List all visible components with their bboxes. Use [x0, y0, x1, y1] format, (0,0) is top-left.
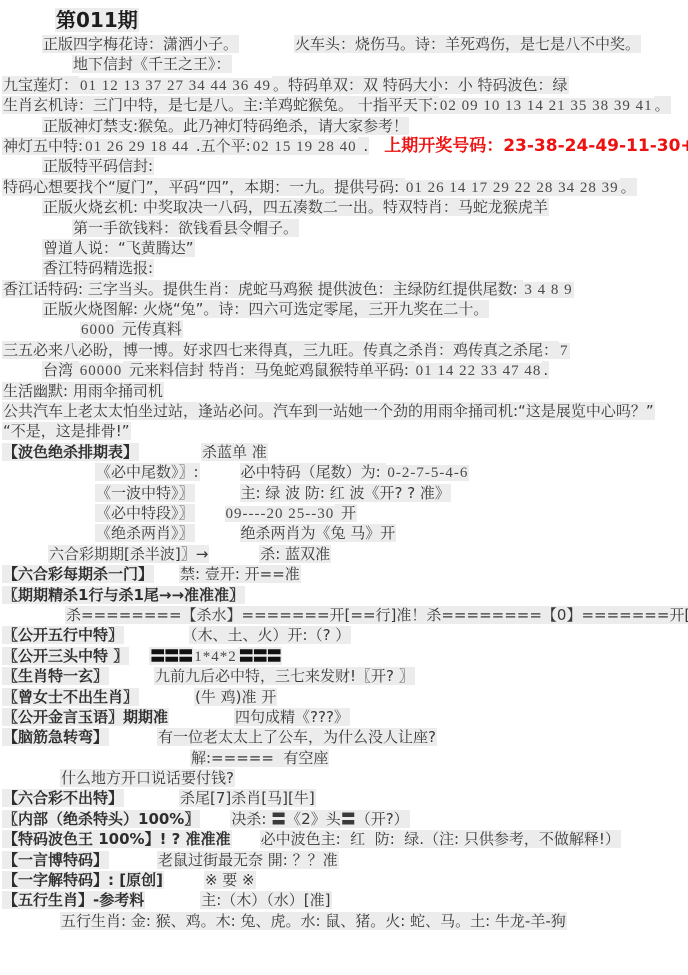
fax-6000: 6000 元传真料	[80, 319, 688, 339]
text-run: 主: 绿 波 防: 红 波《开? ? 准》	[240, 484, 451, 502]
one-word-special: 【一言博特码】老鼠过街最无奈 開: ？？准	[2, 850, 688, 870]
text-run: 01 14 22 33 47 48	[415, 363, 543, 379]
kill-row-tail-title: 〖期期精杀1行与杀1尾→→准准准〗	[2, 585, 688, 605]
text-run: .	[542, 361, 549, 379]
previous-draw-numbers: 上期开奖号码：23-38-24-49-11-30+27	[383, 136, 688, 156]
text-run: 0-2-7-5-4-6	[386, 465, 469, 481]
text-run: 公共汽车上老太太怕坐过站，逢站必问。汽车到一站她一个劲的用雨伞捅司机:“这是展览…	[2, 402, 655, 420]
text-run: 【六合彩不出特】	[2, 789, 124, 807]
text-run: 主:（木）（水）[准]	[200, 891, 331, 909]
text-run: 火车头：烧伤马。诗：羊死鸡伤，是七是八不中奖。	[294, 35, 641, 53]
life-humor-joke: 公共汽车上老太太怕坐过站，逢站必问。汽车到一站她一个劲的用雨伞捅司机:“这是展览…	[2, 401, 688, 421]
five-element-zodiac: 【五行生肖】-参考料主:（木）（水）[准]	[2, 890, 688, 910]
text-run: 《一波中特》〗	[95, 484, 195, 502]
text-run: 〖公开金言玉语〗期期准	[2, 708, 169, 726]
text-run: 〖生肖特一玄〗	[2, 667, 109, 685]
kill-water-line: 杀========【杀水】=======开[==行]准！杀========【0】…	[65, 605, 688, 625]
no-special: 【六合彩不出特】杀尾[7]杀肖[马][牛]	[2, 788, 688, 808]
text-run: 。	[620, 178, 637, 196]
text-run: 1*4*2	[193, 649, 238, 665]
text-run: 正版火烧图解: 火烧“兔”。诗：四六可选定零尾，三开九奖在二十。	[42, 300, 489, 318]
text-run: 第011期	[55, 8, 139, 32]
text-run: 6000	[80, 322, 116, 338]
text-run: 台湾	[42, 361, 79, 379]
text-run: 六合彩期期[杀半波]〗→	[48, 545, 209, 563]
magic-lamp-five: 神灯五中特:01 26 29 18 44 .五个平:02 15 19 28 40…	[2, 136, 688, 156]
three-heads-special: 〖公开三头中特 〗〓〓〓1*4*2〓〓〓	[2, 646, 688, 666]
text-run: 决杀: 〓《2》头〓（开?）	[230, 810, 409, 828]
text-run: 禁: 壹开: 开==准	[179, 565, 301, 583]
wave-color-kill-table: 【波色绝杀排期表】杀蓝单 准	[2, 442, 688, 462]
text-run: 杀========【杀水】=======开[==行]准！杀========【0】…	[65, 606, 688, 624]
text-run: 特码心想要找个“厦门”，平码“四”，本期：一九。提供号码:	[2, 178, 405, 196]
text-run: 元传真料	[116, 320, 183, 338]
text-run: 正版火烧玄机: 中奖取决一八码，四五凑数二一出。特双特肖：马蛇龙猴虎羊	[42, 198, 549, 216]
xiangjiang-special: 香江话特码: 三字当头。提供生肖：虎蛇马鸡猴 提供波色：主绿防红提供尾数: 3 …	[2, 279, 688, 299]
text-run: 【特码波色王 100%】! ? 准准准	[2, 830, 232, 848]
text-run: 正版四字梅花诗：潇洒小子。	[42, 35, 239, 53]
text-run: 九宝莲灯：	[2, 76, 79, 94]
fire-diagram: 正版火烧图解: 火烧“兔”。诗：四六可选定零尾，三开九奖在二十。	[42, 299, 688, 319]
text-run: 九前九后必中特，三七来发财!〖开? 〗	[154, 667, 415, 685]
one-char-special: 【一字解特码】: [原创]※ 要 ※	[2, 870, 688, 890]
text-run: 02 09 10 13 14 21 35 38 39 41	[439, 98, 654, 114]
text-run: 《必中尾数》〗:	[95, 463, 200, 481]
kill-half-wave: 六合彩期期[杀半波]〗→杀: 蓝双准	[48, 544, 688, 564]
text-run: 正版神灯禁支:猴兔。此乃神灯特码绝杀，请大家参考！	[42, 117, 409, 135]
text-run: 地下信封《千王之王》：	[72, 55, 232, 73]
zodiac-one-mystery: 〖生肖特一玄〗九前九后必中特，三七来发财!〖开? 〗	[2, 666, 688, 686]
one-wave-special: 《一波中特》〗主: 绿 波 防: 红 波《开? ? 准》	[95, 483, 688, 503]
plum-blossom-poem: 正版四字梅花诗：潇洒小子。火车头：烧伤马。诗：羊死鸡伤，是七是八不中奖。	[42, 34, 688, 54]
text-run: 杀尾[7]杀肖[马][牛]	[179, 789, 316, 807]
brain-teaser: 【脑筋急转弯】有一位老太太上了公车，为什么没人让座?	[2, 727, 688, 747]
text-run: 【脑筋急转弯】	[2, 728, 109, 746]
text-run: 老鼠过街最无奈 開: ？？准	[157, 851, 339, 869]
zodiac-mystery-poem: 生肖玄机诗：三门中特，是七是八。主:羊鸡蛇猴兔。 十指平天下:02 09 10 …	[2, 95, 688, 115]
text-run: ※ 要 ※	[204, 871, 256, 889]
text-run: 五行生肖: 金: 猴、鸡。木: 兔、虎。水: 鼠、猪。火: 蛇、马。土: 牛龙-…	[60, 912, 567, 930]
text-run: .五个平:	[190, 137, 252, 155]
text-run: 〓〓〓	[238, 647, 282, 665]
text-run: 〖公开五行中特〗	[2, 626, 124, 644]
taiwan-60000: 台湾 60000 元来料信封 特肖：马兔蛇鸡鼠猴特单平码: 01 14 22 3…	[42, 360, 688, 380]
text-run: 三五必来八必盼，博一博。好求四七来得真，三九旺。传真之杀肖：鸡传真之杀尾：	[2, 341, 559, 359]
text-run: 【一言博特码】	[2, 851, 109, 869]
five-element-mapping: 五行生肖: 金: 猴、鸡。木: 兔、虎。水: 鼠、猪。火: 蛇、马。土: 牛龙-…	[60, 911, 688, 931]
text-run: 【一字解特码】: [原创]	[2, 871, 164, 889]
text-run: 解:===== 有空座	[190, 749, 329, 767]
text-run: 。	[654, 96, 671, 114]
text-run: “不是，这是排骨!”	[2, 422, 131, 440]
kill-two-zodiac: 《绝杀两肖》〗绝杀两肖为《兔 马》开	[95, 523, 688, 543]
text-run: 正版特平码信封:	[42, 157, 154, 175]
text-run: 60000	[79, 363, 124, 379]
five-elements-special: 〖公开五行中特〗（木、土、火）开:（? ）	[2, 625, 688, 645]
text-run: 曾道人说：“飞黄腾达”	[42, 239, 195, 257]
fire-mystery: 正版火烧玄机: 中奖取决一八码，四五凑数二一出。特双特肖：马蛇龙猴虎羊	[42, 197, 688, 217]
text-run: 第一手欲钱料：欲钱看县令帽子。	[72, 219, 299, 237]
text-run: 杀: 蓝双准	[259, 545, 331, 563]
text-run: 香江特码精选报:	[42, 259, 154, 277]
text-run: 《必中特段》〗	[95, 504, 195, 522]
lottery-tip-sheet: 第011期正版四字梅花诗：潇洒小子。火车头：烧伤马。诗：羊死鸡伤，是七是八不中奖…	[0, 0, 688, 931]
zengdaoren-says: 曾道人说：“飞黄腾达”	[42, 238, 688, 258]
text-run: 【波色绝杀排期表】	[2, 443, 139, 461]
text-run: 3 4 8 9	[523, 282, 573, 298]
internal-kill-head: 〖内部（绝杀特头）100%〗决杀: 〓《2》头〓（开?）	[2, 809, 688, 829]
nine-treasure-lantern: 九宝莲灯：01 12 13 37 27 34 44 36 49。特码单双：双 特…	[2, 75, 688, 95]
text-run: 〖内部（绝杀特头）100%〗	[2, 810, 200, 828]
xiangjiang-report-title: 香江特码精选报:	[42, 258, 688, 278]
period-title: 第011期	[55, 6, 688, 34]
wave-color-king: 【特码波色王 100%】! ? 准准准必中波色主: 红 防: 绿.（注: 只供参…	[2, 829, 688, 849]
text-run: 01 12 13 37 27 34 44 36 49	[79, 78, 272, 94]
text-run: 〖期期精杀1行与杀1尾→→准准准〗	[2, 586, 245, 604]
teping-envelope: 正版特平码信封:	[42, 156, 688, 176]
text-run: 元来料信封 特肖：马兔蛇鸡鼠猴特单平码:	[123, 361, 414, 379]
text-run: 【五行生肖】-参考料	[2, 891, 145, 909]
text-run: 必中特码（尾数）为:	[240, 463, 387, 481]
text-run: 开	[335, 504, 357, 522]
text-run: 7	[559, 343, 570, 359]
text-run: 有一位老太太上了公车，为什么没人让座?	[157, 728, 437, 746]
madam-zeng-excluded: 〖曾女士不出生肖〗(牛 鸡)准 开	[2, 687, 688, 707]
text-run: 杀蓝单 准	[201, 443, 268, 461]
text-run: 神灯五中特:	[2, 137, 84, 155]
life-humor-title: 生活幽默: 用雨伞捅司机	[2, 381, 688, 401]
text-run: 《绝杀两肖》〗	[95, 524, 195, 542]
text-run: （木、土、火）开:（? ）	[189, 626, 351, 644]
magic-lamp-ban: 正版神灯禁支:猴兔。此乃神灯特码绝杀，请大家参考！	[42, 116, 688, 136]
text-run: 【六合彩每期杀一门】	[2, 565, 154, 583]
text-run: (牛 鸡)准 开	[194, 688, 277, 706]
text-run: 02 15 19 28 40	[252, 139, 358, 155]
text-run: 01 26 29 18 44	[84, 139, 190, 155]
text-run: 必中波色主: 红 防: 绿.（注: 只供参考，不做解释!）	[260, 830, 621, 848]
text-run: 09----20 25--30	[225, 506, 336, 522]
text-run: 生活幽默: 用雨伞捅司机	[2, 382, 164, 400]
first-money-hint: 第一手欲钱料：欲钱看县令帽子。	[72, 218, 688, 238]
text-run: 什么地方开口说话要付钱?	[60, 769, 235, 787]
text-run: 四句成精《???》	[234, 708, 350, 726]
text-run: 〖公开三头中特 〗	[2, 647, 129, 665]
text-run: 〓〓〓	[149, 647, 193, 665]
underground-envelope: 地下信封《千王之王》：	[72, 54, 688, 74]
brain-teaser-2: 什么地方开口说话要付钱?	[60, 768, 688, 788]
kill-one-gate: 【六合彩每期杀一门】禁: 壹开: 开==准	[2, 564, 688, 584]
must-hit-segment: 《必中特段》〗09----20 25--30 开	[95, 503, 688, 523]
special-code-wish: 特码心想要找个“厦门”，平码“四”，本期：一九。提供号码: 01 26 14 1…	[2, 177, 688, 197]
golden-words: 〖公开金言玉语〗期期准四句成精《???》	[2, 707, 688, 727]
fax-poem: 三五必来八必盼，博一博。好求四七来得真，三九旺。传真之杀肖：鸡传真之杀尾：7	[2, 340, 688, 360]
text-run: 。特码单双：双 特码大小：小 特码波色：绿	[272, 76, 569, 94]
joke-punchline: “不是，这是排骨!”	[2, 421, 688, 441]
text-run: .	[358, 137, 370, 155]
text-run: 〖曾女士不出生肖〗	[2, 688, 139, 706]
brain-teaser-answer: 解:===== 有空座	[190, 748, 688, 768]
must-hit-tails: 《必中尾数》〗:必中特码（尾数）为: 0-2-7-5-4-6	[95, 462, 688, 482]
text-run: 绝杀两肖为《兔 马》开	[240, 524, 397, 542]
text-run: 香江话特码: 三字当头。提供生肖：虎蛇马鸡猴 提供波色：主绿防红提供尾数:	[2, 280, 523, 298]
text-run: 01 26 14 17 29 22 28 34 28 39	[405, 180, 620, 196]
text-run: 生肖玄机诗：三门中特，是七是八。主:羊鸡蛇猴兔。 十指平天下:	[2, 96, 439, 114]
